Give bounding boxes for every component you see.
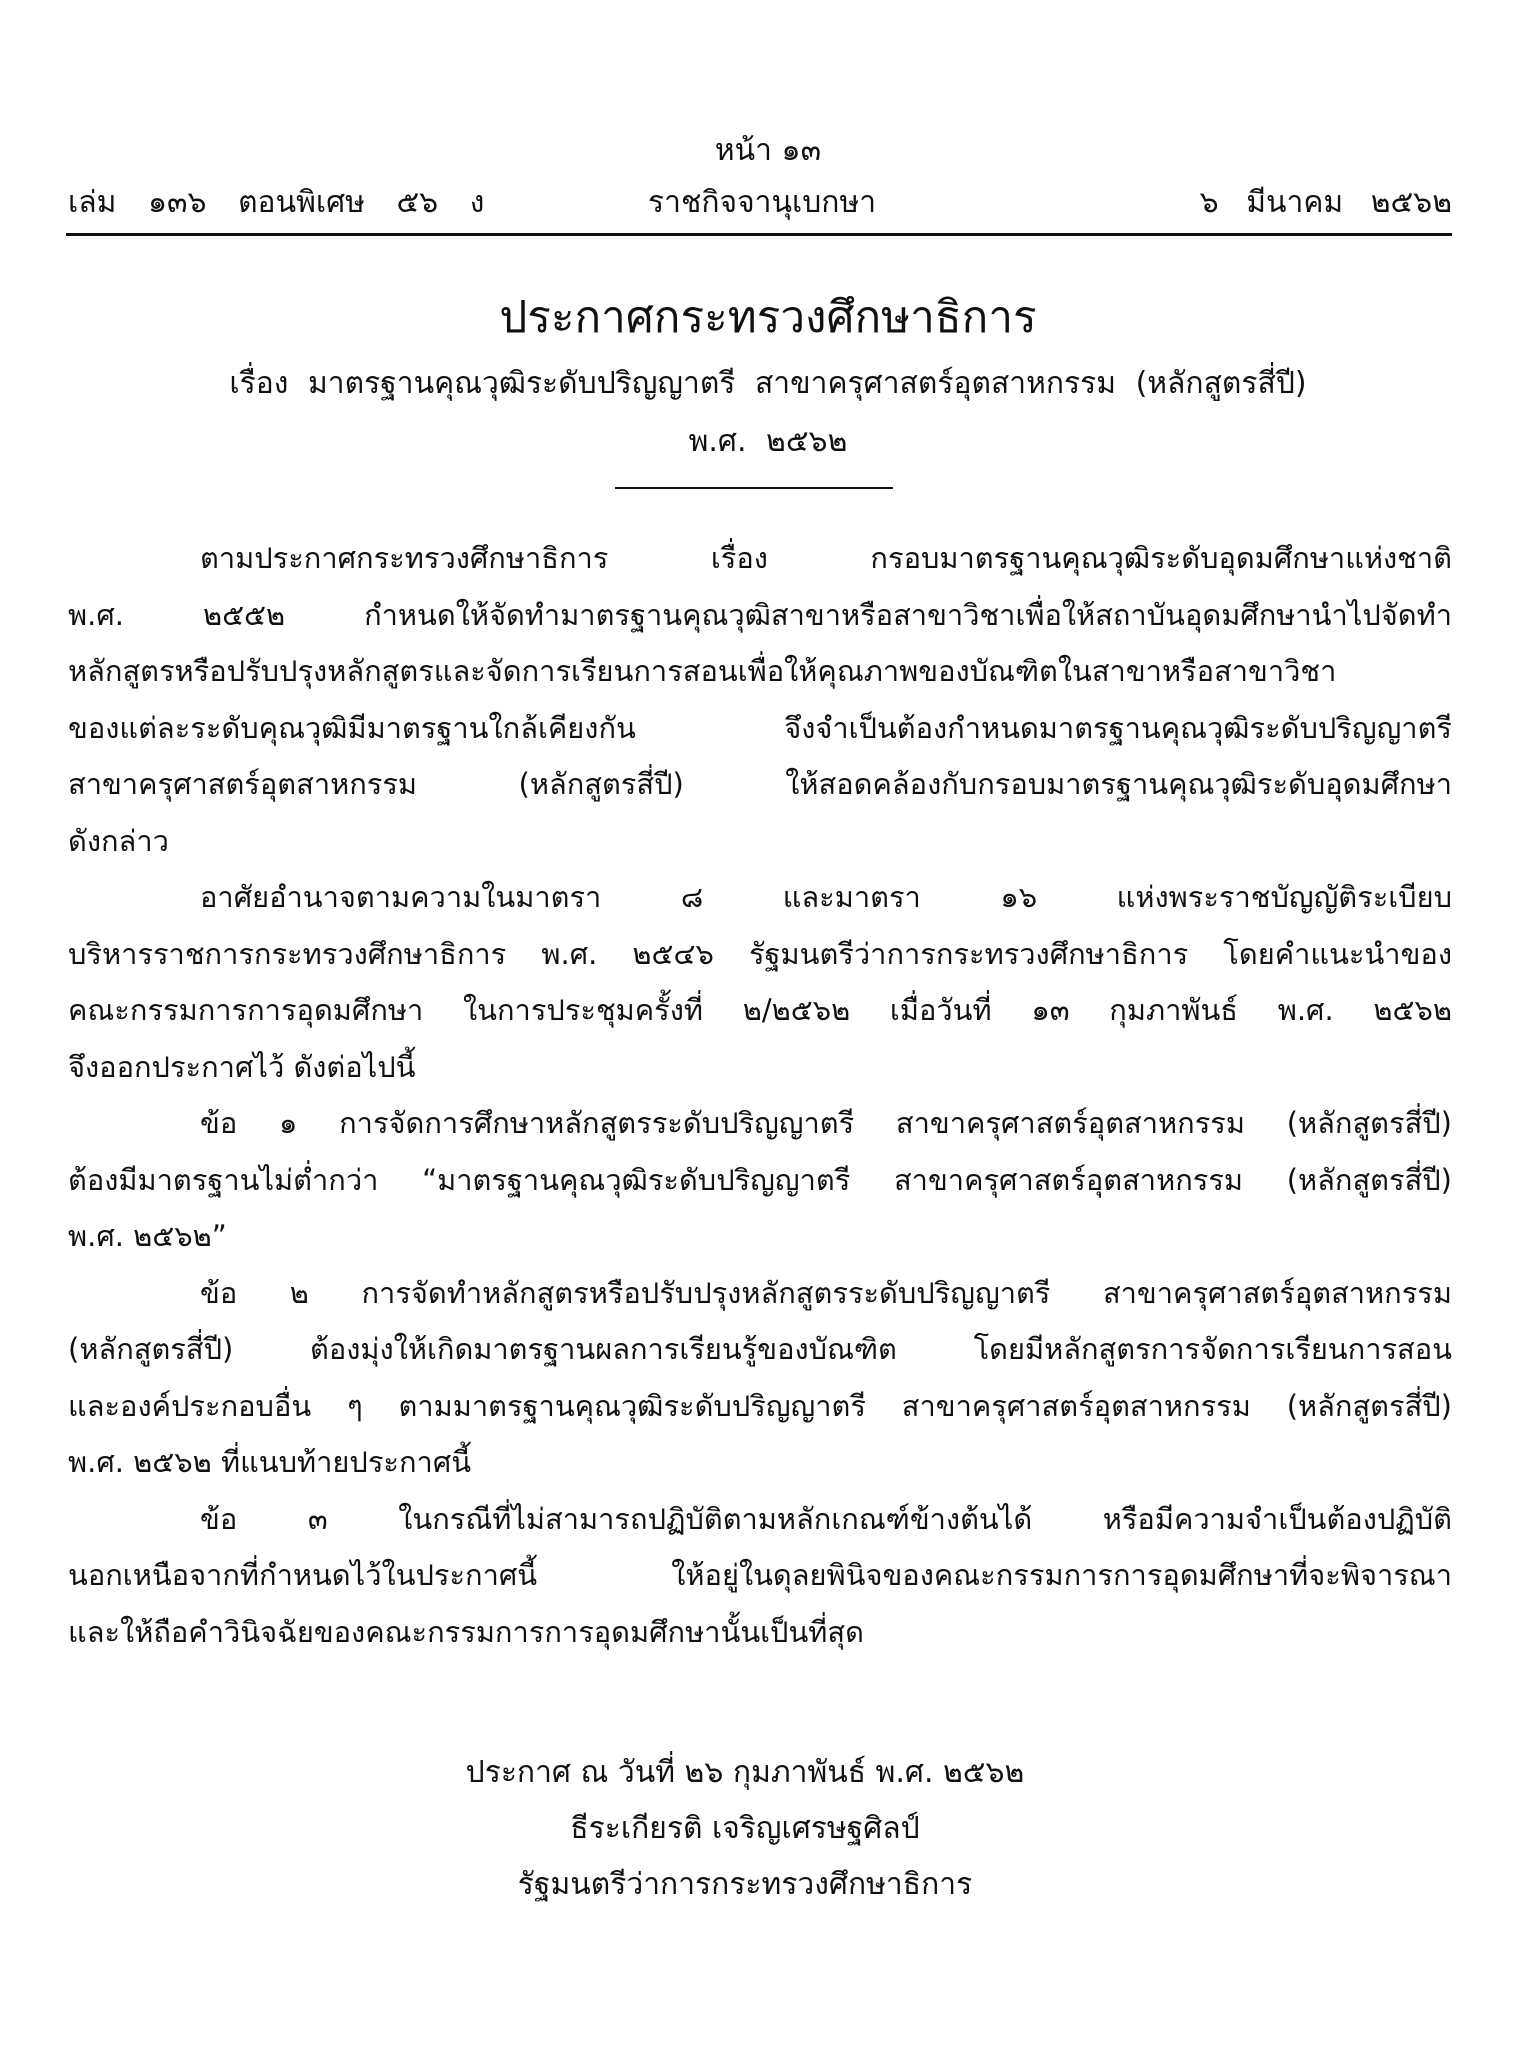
text-line: พ.ศ. ๒๕๕๒ กำหนดให้จัดทำมาตรฐานคุณวุฒิสาข… xyxy=(68,587,1452,644)
text-line: ดังกล่าว xyxy=(68,813,1452,870)
announcement-subject: เรื่อง มาตรฐานคุณวุฒิระดับปริญญาตรี สาขา… xyxy=(0,362,1536,406)
clause-3: ข้อ ๓ ในกรณีที่ไม่สามารถปฏิบัติตามหลักเก… xyxy=(68,1491,1452,1661)
text-line: (หลักสูตรสี่ปี) ต้องมุ่งให้เกิดมาตรฐานผล… xyxy=(68,1321,1452,1378)
title-divider xyxy=(615,487,893,489)
text-line: จึงออกประกาศไว้ ดังต่อไปนี้ xyxy=(68,1039,1452,1096)
text-line: ของแต่ละระดับคุณวุฒิมีมาตรฐานใกล้เคียงกั… xyxy=(68,700,1452,757)
text-line: บริหารราชการกระทรวงศึกษาธิการ พ.ศ. ๒๕๔๖ … xyxy=(68,926,1452,983)
signatory-position: รัฐมนตรีว่าการกระทรวงศึกษาธิการ xyxy=(345,1857,1145,1913)
text-line: ข้อ ๑ การจัดการศึกษาหลักสูตรระดับปริญญาต… xyxy=(68,1095,1452,1152)
page-number: หน้า ๑๓ xyxy=(0,131,1536,171)
text-line: ข้อ ๒ การจัดทำหลักสูตรหรือปรับปรุงหลักสู… xyxy=(68,1265,1452,1322)
announced-date: ประกาศ ณ วันที่ ๒๖ กุมภาพันธ์ พ.ศ. ๒๕๖๒ xyxy=(345,1745,1145,1801)
text-line: ต้องมีมาตรฐานไม่ต่ำกว่า “มาตรฐานคุณวุฒิร… xyxy=(68,1152,1452,1209)
gazette-name: ราชกิจจานุเบกษา xyxy=(648,183,876,223)
publication-date: ๖ มีนาคม ๒๕๖๒ xyxy=(1200,183,1452,223)
announcement-title: ประกาศกระทรวงศึกษาธิการ xyxy=(0,290,1536,346)
volume-issue: เล่ม ๑๓๖ ตอนพิเศษ ๕๖ ง xyxy=(68,183,484,223)
text-line: และให้ถือคำวินิจฉัยของคณะกรรมการการอุดมศ… xyxy=(68,1604,1452,1661)
gazette-page: หน้า ๑๓ เล่ม ๑๓๖ ตอนพิเศษ ๕๖ ง ราชกิจจาน… xyxy=(0,0,1536,2048)
announcement-body: ตามประกาศกระทรวงศึกษาธิการ เรื่อง กรอบมา… xyxy=(68,530,1452,1660)
header-rule xyxy=(66,233,1452,236)
clause-2: ข้อ ๒ การจัดทำหลักสูตรหรือปรับปรุงหลักสู… xyxy=(68,1265,1452,1491)
text-line: ข้อ ๓ ในกรณีที่ไม่สามารถปฏิบัติตามหลักเก… xyxy=(68,1491,1452,1548)
text-line: ตามประกาศกระทรวงศึกษาธิการ เรื่อง กรอบมา… xyxy=(68,530,1452,587)
text-line: และองค์ประกอบอื่น ๆ ตามมาตรฐานคุณวุฒิระด… xyxy=(68,1378,1452,1435)
text-line: สาขาครุศาสตร์อุตสาหกรรม (หลักสูตรสี่ปี) … xyxy=(68,756,1452,813)
preamble-paragraph: ตามประกาศกระทรวงศึกษาธิการ เรื่อง กรอบมา… xyxy=(68,530,1452,869)
announcement-year: พ.ศ. ๒๕๖๒ xyxy=(0,420,1536,464)
clause-1: ข้อ ๑ การจัดการศึกษาหลักสูตรระดับปริญญาต… xyxy=(68,1095,1452,1265)
text-line: นอกเหนือจากที่กำหนดไว้ในประกาศนี้ ให้อยู… xyxy=(68,1547,1452,1604)
text-line: อาศัยอำนาจตามความในมาตรา ๘ และมาตรา ๑๖ แ… xyxy=(68,869,1452,926)
text-line: คณะกรรมการการอุดมศึกษา ในการประชุมครั้งท… xyxy=(68,982,1452,1039)
text-line: พ.ศ. ๒๕๖๒ ที่แนบท้ายประกาศนี้ xyxy=(68,1434,1452,1491)
gazette-header: เล่ม ๑๓๖ ตอนพิเศษ ๕๖ ง ราชกิจจานุเบกษา ๖… xyxy=(68,183,1452,223)
text-line: พ.ศ. ๒๕๖๒” xyxy=(68,1208,1452,1265)
text-line: หลักสูตรหรือปรับปรุงหลักสูตรและจัดการเรี… xyxy=(68,643,1452,700)
signatory-name: ธีระเกียรติ เจริญเศรษฐศิลป์ xyxy=(345,1801,1145,1857)
authority-paragraph: อาศัยอำนาจตามความในมาตรา ๘ และมาตรา ๑๖ แ… xyxy=(68,869,1452,1095)
